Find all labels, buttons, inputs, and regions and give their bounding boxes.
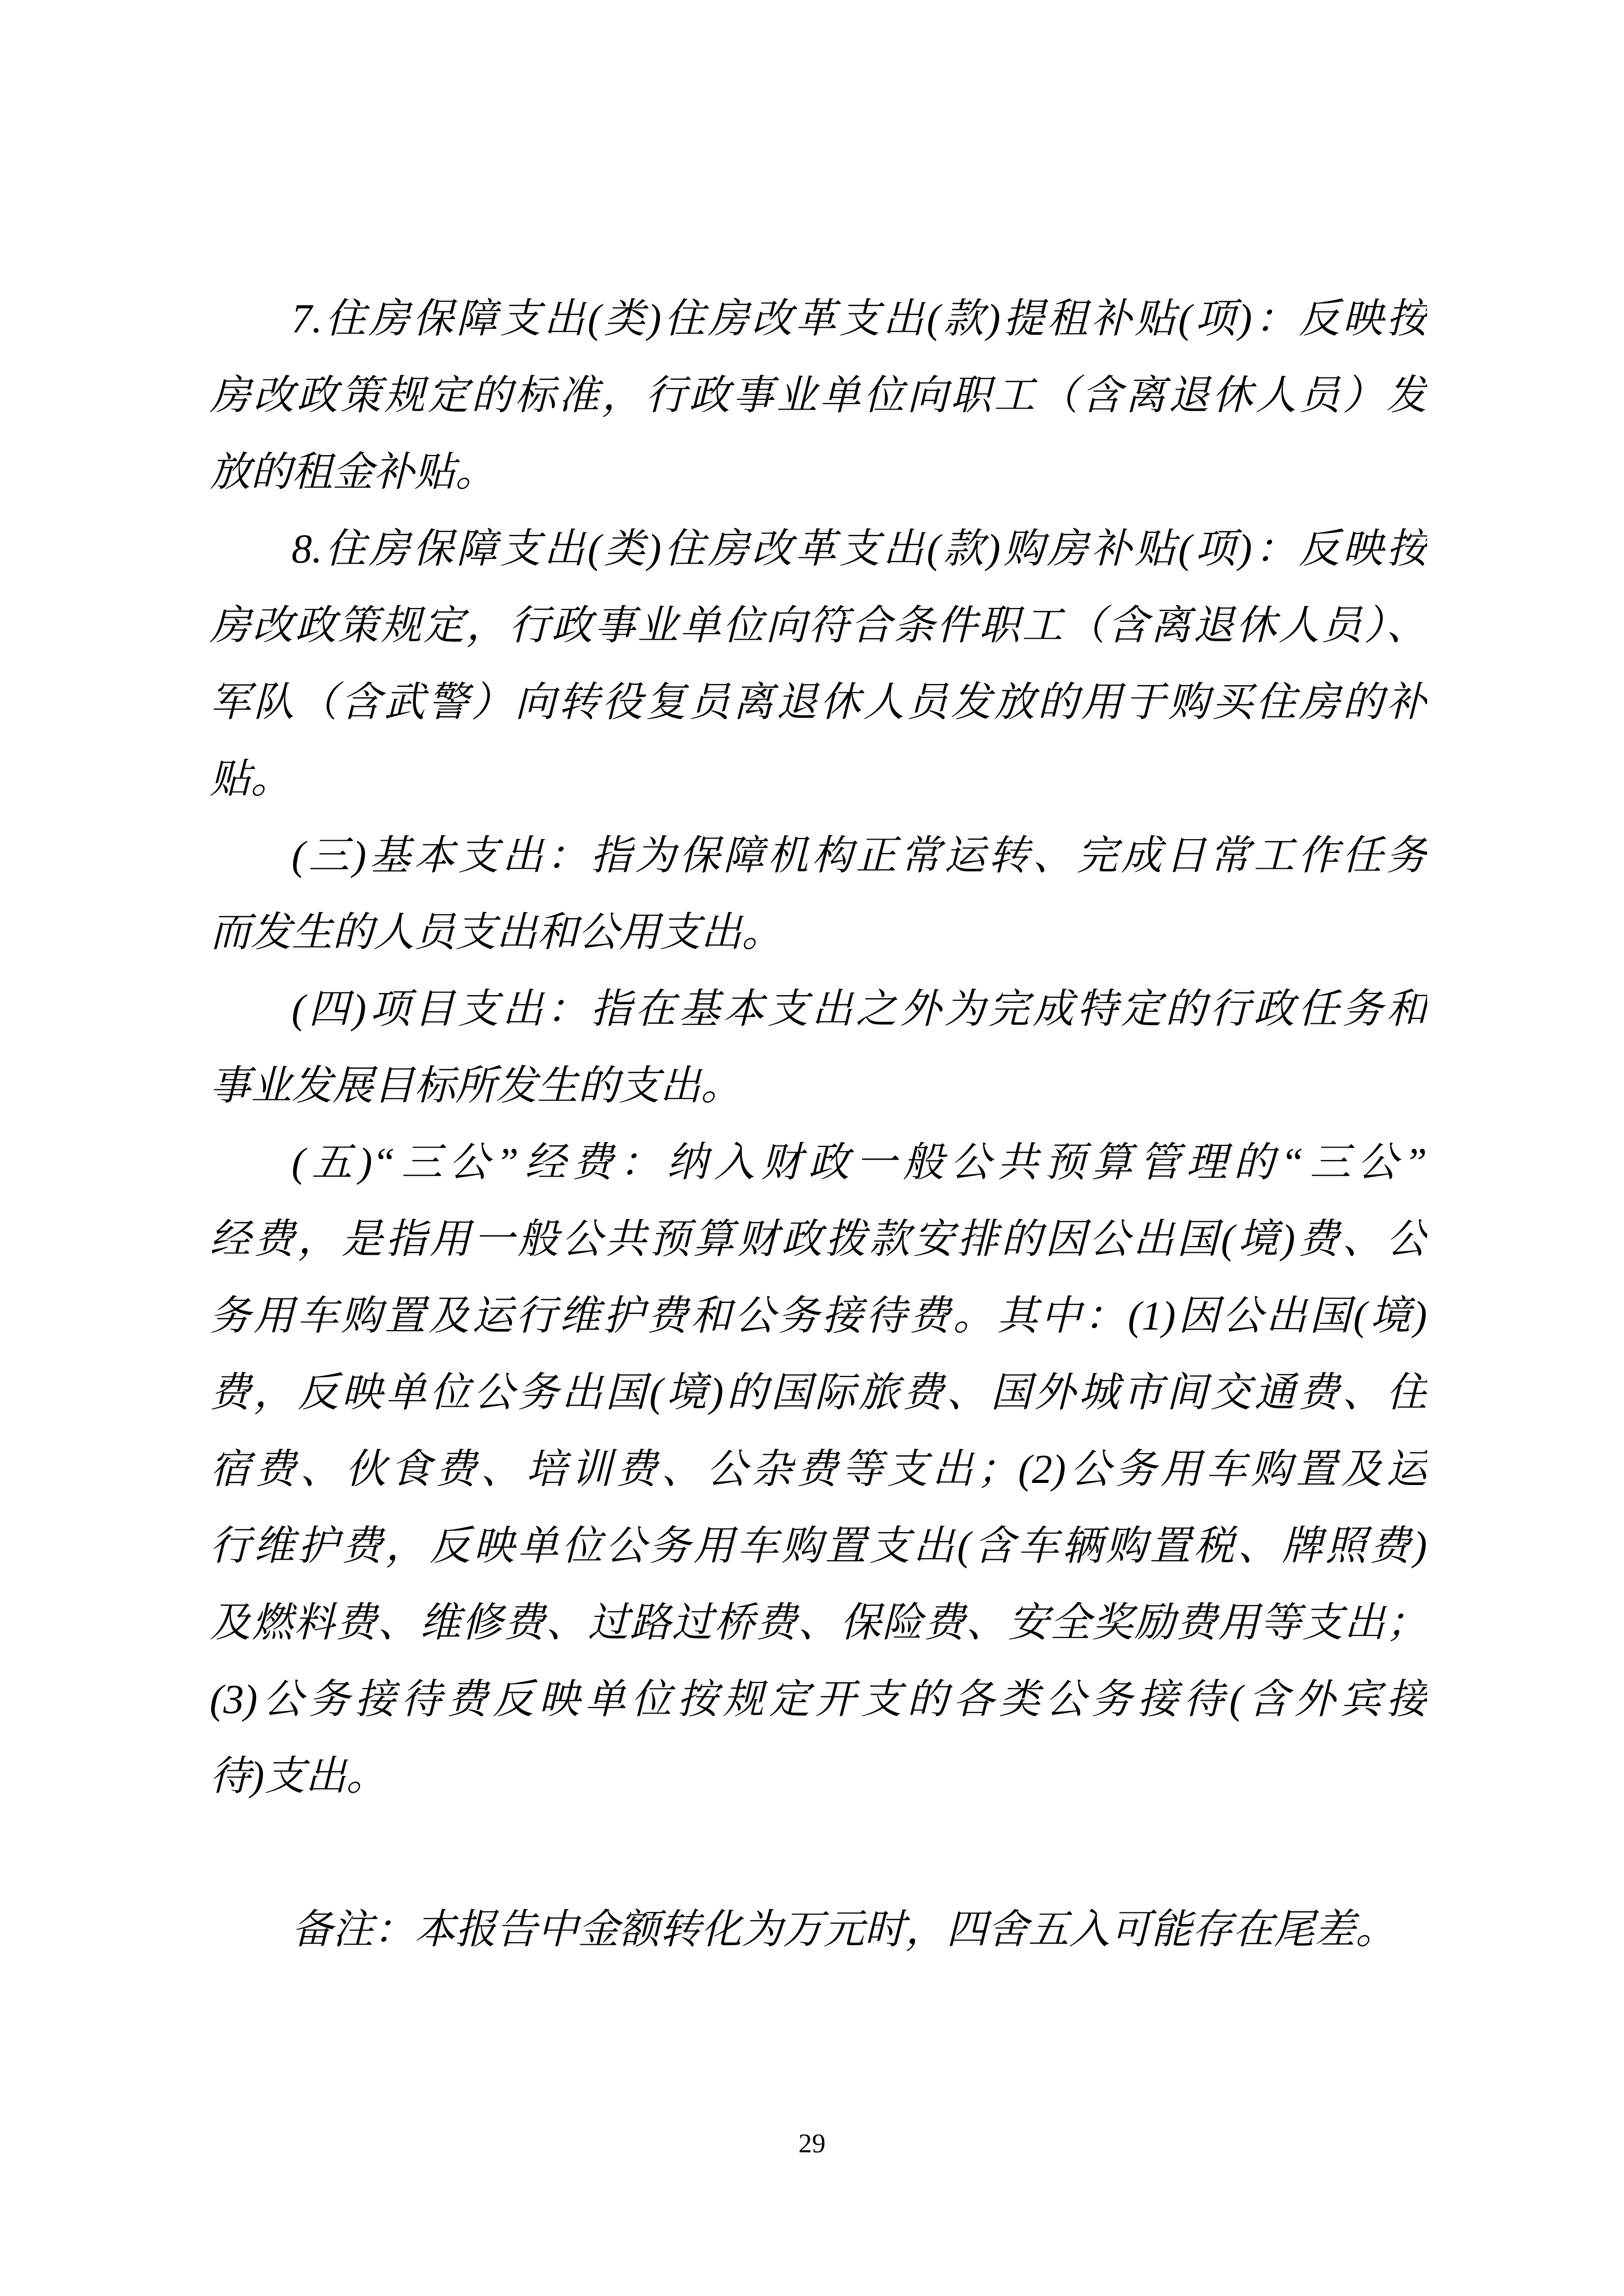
text-line: 务用车购置及运行维护费和公务接待费。其中：(1)因公出国(境)	[210, 1278, 1427, 1355]
text-line: 及燃料费、维修费、过路过桥费、保险费、安全奖励费用等支出；	[210, 1585, 1427, 1661]
paragraph-basic-expenditure: (三)基本支出：指为保障机构正常运转、完成日常工作任务而发生的人员支出和公用支出…	[210, 818, 1427, 971]
text-line: 待)支出。	[210, 1738, 1427, 1815]
text-line: 行维护费，反映单位公务用车购置支出(含车辆购置税、牌照费)	[210, 1508, 1427, 1585]
text-line: 军队（含武警）向转役复员离退休人员发放的用于购买住房的补	[210, 664, 1427, 741]
text-line: (五)“三公”经费：纳入财政一般公共预算管理的“三公”	[210, 1124, 1427, 1201]
text-line: (3)公务接待费反映单位按规定开支的各类公务接待(含外宾接	[210, 1661, 1427, 1738]
text-line: (三)基本支出：指为保障机构正常运转、完成日常工作任务	[210, 818, 1427, 894]
text-line: (四)项目支出：指在基本支出之外为完成特定的行政任务和	[210, 971, 1427, 1048]
text-line: 而发生的人员支出和公用支出。	[210, 894, 1427, 971]
paragraph-project-expenditure: (四)项目支出：指在基本支出之外为完成特定的行政任务和事业发展目标所发生的支出。	[210, 971, 1427, 1124]
text-line: 事业发展目标所发生的支出。	[210, 1048, 1427, 1124]
paragraph-housing-rent-subsidy: 7.住房保障支出(类)住房改革支出(款)提租补贴(项)：反映按房改政策规定的标准…	[210, 281, 1427, 511]
text-line: 宿费、伙食费、培训费、公杂费等支出；(2)公务用车购置及运	[210, 1431, 1427, 1508]
text-line: 房改政策规定，行政事业单位向符合条件职工（含离退休人员）、	[210, 588, 1427, 664]
text-line: 房改政策规定的标准，行政事业单位向职工（含离退休人员）发	[210, 357, 1427, 434]
paragraph-three-public-funds: (五)“三公”经费：纳入财政一般公共预算管理的“三公”经费，是指用一般公共预算财…	[210, 1124, 1427, 1815]
paragraph-remark: 备注：本报告中金额转化为万元时，四舍五入可能存在尾差。	[210, 1892, 1427, 1968]
text-line: 费，反映单位公务出国(境)的国际旅费、国外城市间交通费、住	[210, 1355, 1427, 1431]
text-line: 贴。	[210, 741, 1427, 818]
text-line: 放的租金补贴。	[210, 434, 1427, 511]
document-page: 7.住房保障支出(类)住房改革支出(款)提租补贴(项)：反映按房改政策规定的标准…	[0, 0, 1624, 2296]
text-line: 备注：本报告中金额转化为万元时，四舍五入可能存在尾差。	[210, 1892, 1427, 1968]
text-line: 经费，是指用一般公共预算财政拨款安排的因公出国(境)费、公	[210, 1201, 1427, 1278]
paragraph-housing-purchase-subsidy: 8.住房保障支出(类)住房改革支出(款)购房补贴(项)：反映按房改政策规定，行政…	[210, 511, 1427, 818]
text-line: 7.住房保障支出(类)住房改革支出(款)提租补贴(项)：反映按	[210, 281, 1427, 357]
document-body: 7.住房保障支出(类)住房改革支出(款)提租补贴(项)：反映按房改政策规定的标准…	[210, 281, 1427, 1968]
page-number: 29	[0, 2127, 1624, 2160]
text-line: 8.住房保障支出(类)住房改革支出(款)购房补贴(项)：反映按	[210, 511, 1427, 588]
